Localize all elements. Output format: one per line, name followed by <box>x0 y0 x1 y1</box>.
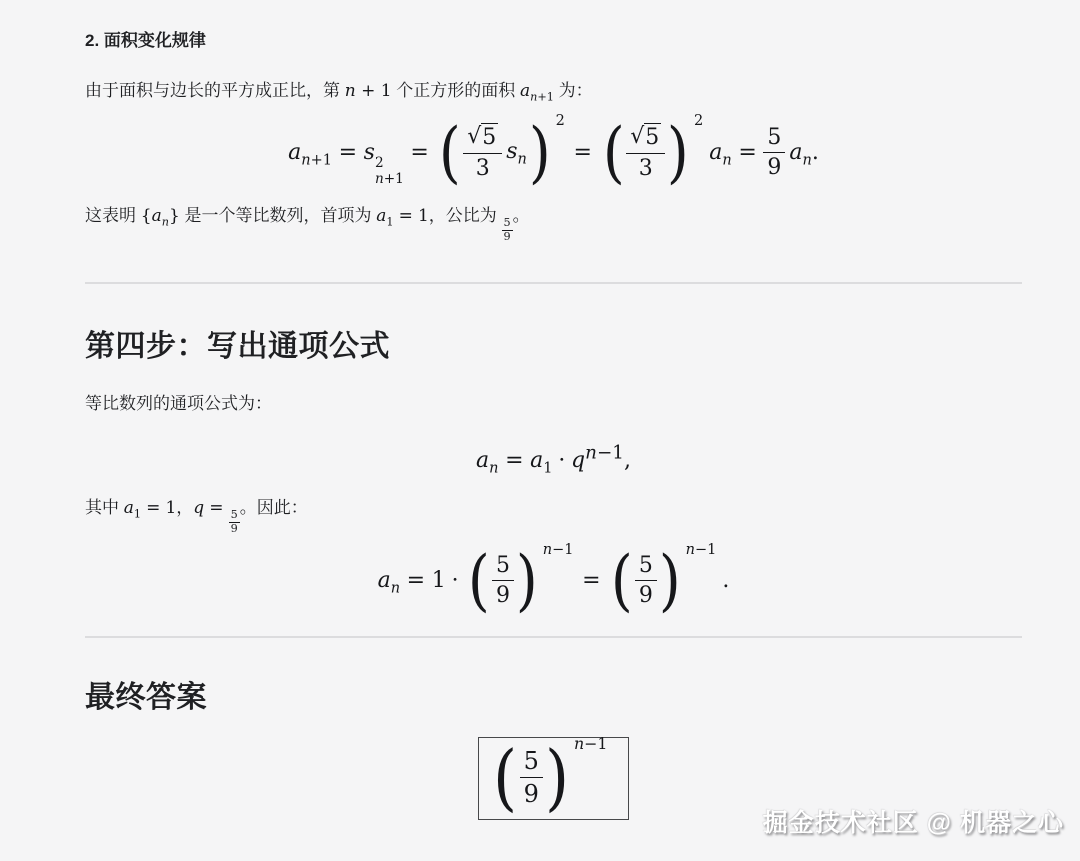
minus-one: −1 <box>552 542 573 558</box>
var-n: n <box>543 542 552 558</box>
var-a: a <box>520 81 530 101</box>
exponent-n-minus-1: n−1 <box>574 736 608 752</box>
var-n: n <box>518 151 527 167</box>
denominator-9: 9 <box>492 581 514 610</box>
numerator: √5 <box>463 123 502 154</box>
subscript: n+1 <box>375 172 404 188</box>
text-segment: 其中 <box>85 498 124 517</box>
numerator-5: 5 <box>229 509 240 523</box>
exponent-2: 2 <box>375 156 384 172</box>
radical-sign: √ <box>630 123 644 151</box>
inline-fraction-5-9: 59 <box>502 217 513 244</box>
denominator-9: 9 <box>763 153 785 182</box>
equals-sign: = <box>499 448 531 473</box>
exponent-2: 2 <box>694 114 703 129</box>
var-n: n <box>489 460 498 476</box>
numerator: √5 <box>626 123 665 154</box>
inline-fraction-5-9: 59 <box>229 509 240 536</box>
final-answer-box: (59)n−1 <box>478 737 628 820</box>
var-n: n <box>162 215 169 228</box>
divider <box>85 282 1022 284</box>
paren-group: (59)n−1 <box>491 746 607 809</box>
var-s: s <box>364 140 375 165</box>
heading-final-answer: 最终答案 <box>85 678 1022 717</box>
dot-operator: ⋅ <box>446 568 465 593</box>
text-segment: 个正方形的面积 <box>392 81 520 100</box>
plus-one: +1 <box>311 152 332 168</box>
subscript: n+1 <box>530 91 554 104</box>
fraction-5-over-9: 59 <box>763 124 785 182</box>
s-sub-n: sn <box>506 139 527 167</box>
left-brace: { <box>141 206 152 226</box>
a-sub-n: an <box>709 140 731 165</box>
subscript: n <box>162 215 169 228</box>
text-segment: 。因此： <box>240 498 308 517</box>
formula-general-term: an=a1⋅qn−1, <box>85 442 1022 475</box>
formula-area-recurrence: an+1=s2n+1=(√53sn)2=(√53)2an=59an. <box>85 123 1022 187</box>
var-a: a <box>789 140 802 165</box>
numerator-5: 5 <box>635 552 657 582</box>
number-1: 1 <box>432 568 446 593</box>
subscript: n <box>489 460 498 476</box>
var-n: n <box>375 171 384 187</box>
var-s: s <box>506 139 517 164</box>
math-expression: an=1⋅(59)n−1=(59)n−1. <box>378 568 730 593</box>
minus-one: −1 <box>584 734 607 753</box>
minus-one: −1 <box>597 442 624 463</box>
sup-sub-stack: 2n+1 <box>375 156 404 187</box>
var-q: q <box>193 498 204 518</box>
var-a: a <box>376 206 386 226</box>
paren-group: (59)n−1 <box>466 552 573 610</box>
text-segment: 由于面积与边长的平方成正比，第 <box>85 81 345 100</box>
equals-sign: = <box>404 140 436 165</box>
denominator-9: 9 <box>635 581 657 610</box>
number-1: 1 <box>165 498 176 518</box>
text-segment: 这表明 <box>85 206 141 225</box>
paragraph-where: 其中 a1=1，q=59。因此： <box>85 494 1022 536</box>
period: . <box>722 568 729 593</box>
inline-math-set-an: {an} <box>141 206 180 226</box>
var-a: a <box>530 448 543 473</box>
numerator-5: 5 <box>763 124 785 154</box>
subscript: n <box>518 151 527 167</box>
fraction-sqrt5-over-3: √53 <box>463 123 502 182</box>
math-expression: an+1=s2n+1=(√53sn)2=(√53)2an=59an. <box>288 140 819 165</box>
text-segment: 为： <box>554 81 593 100</box>
numerator-5: 5 <box>492 552 514 582</box>
section-2-heading: 2. 面积变化规律 <box>85 30 1022 51</box>
radicand-5: 5 <box>644 123 661 152</box>
math-expression: (59)n−1 <box>489 762 609 790</box>
var-n: n <box>301 152 310 168</box>
formula-an-solution: an=1⋅(59)n−1=(59)n−1. <box>85 552 1022 610</box>
var-a: a <box>288 140 301 165</box>
denominator-9: 9 <box>229 523 240 536</box>
subscript: n <box>803 152 812 168</box>
var-n: n <box>345 81 356 101</box>
var-a: a <box>152 206 162 226</box>
var-n: n <box>686 542 695 558</box>
fraction-sqrt5-over-3: √53 <box>626 123 665 182</box>
radicand-5: 5 <box>481 123 498 152</box>
text-segment: ， <box>176 498 193 517</box>
plus-one: +1 <box>537 91 554 104</box>
denominator-3: 3 <box>626 154 665 183</box>
square-root: √5 <box>467 123 498 152</box>
var-q: q <box>571 448 585 473</box>
paragraph-area-intro: 由于面积与边长的平方成正比，第 n + 1 个正方形的面积 an+1 为： <box>85 77 1022 105</box>
text-segment: 。 <box>513 206 530 225</box>
var-a: a <box>124 498 134 518</box>
divider <box>85 636 1022 638</box>
exponent-2: 2 <box>556 114 565 129</box>
inline-math-q-eq-5-9: q= <box>193 498 228 518</box>
var-n: n <box>585 442 597 463</box>
heading-step-4: 第四步：写出通项公式 <box>85 327 1022 366</box>
a-sub-n: an <box>789 140 811 165</box>
subscript: n <box>722 152 731 168</box>
subscript: n <box>391 580 400 596</box>
minus-one: −1 <box>695 542 716 558</box>
subscript-1: 1 <box>543 460 552 476</box>
denominator-3: 3 <box>463 154 502 183</box>
plus-one: + 1 <box>356 81 392 101</box>
fraction-5-over-9: 59 <box>492 552 514 610</box>
square-root: √5 <box>630 123 661 152</box>
exponent-n-minus-1: n−1 <box>543 543 574 558</box>
var-n: n <box>391 580 400 596</box>
exponent-n-minus-1: n−1 <box>686 543 717 558</box>
paragraph-conclusion: 这表明 {an} 是一个等比数列，首项为 a1=1，公比为 59。 <box>85 202 1022 244</box>
subscript-1: 1 <box>134 507 141 520</box>
inline-math-a-n-plus-1: an+1 <box>520 81 554 101</box>
subscript-1: 1 <box>386 215 393 228</box>
var-n: n <box>803 152 812 168</box>
fraction-5-over-9: 59 <box>520 746 543 809</box>
inline-math-n-plus-1: n + 1 <box>345 81 392 101</box>
article-page: 2. 面积变化规律 由于面积与边长的平方成正比，第 n + 1 个正方形的面积 … <box>0 0 1080 861</box>
var-a: a <box>709 140 722 165</box>
equals-sign: = <box>400 568 432 593</box>
right-brace: } <box>169 206 180 226</box>
denominator-9: 9 <box>502 231 513 244</box>
exponent-n-minus-1: n−1 <box>585 442 624 463</box>
equals-sign: = <box>732 140 764 165</box>
var-n: n <box>722 152 731 168</box>
inline-math-a1-eq-1: a1=1 <box>124 498 177 518</box>
inline-math-a1-eq-1: a1=1 <box>376 206 429 226</box>
number-1: 1 <box>418 206 429 226</box>
watermark: 掘金技术社区 @ 机器之心 <box>763 803 1064 839</box>
radical-sign: √ <box>467 123 481 151</box>
period: . <box>812 140 819 165</box>
equals-sign: = <box>394 206 418 226</box>
plus-one: +1 <box>384 171 404 187</box>
equals-sign: = <box>567 140 599 165</box>
equals-sign: = <box>332 140 364 165</box>
var-n: n <box>574 734 584 753</box>
math-expression: an=a1⋅qn−1, <box>476 448 631 473</box>
var-a: a <box>378 568 391 593</box>
paragraph-formula-intro: 等比数列的通项公式为： <box>85 390 1022 417</box>
subscript: n+1 <box>301 152 332 168</box>
numerator-5: 5 <box>502 217 513 231</box>
denominator-9: 9 <box>520 778 543 809</box>
fraction-5-over-9: 59 <box>635 552 657 610</box>
paren-group: (√53)2 <box>601 123 704 182</box>
equals-sign: = <box>141 498 165 518</box>
equals-sign: = <box>576 568 608 593</box>
paren-group: (√53sn)2 <box>437 123 564 182</box>
dot-operator: ⋅ <box>553 448 572 473</box>
text-segment: 是一个等比数列，首项为 <box>180 206 376 225</box>
paren-group: (59)n−1 <box>609 552 716 610</box>
numerator-5: 5 <box>520 746 543 778</box>
text-segment: ，公比为 <box>429 206 502 225</box>
comma: , <box>624 448 631 473</box>
var-a: a <box>476 448 489 473</box>
equals-sign: = <box>204 498 228 518</box>
